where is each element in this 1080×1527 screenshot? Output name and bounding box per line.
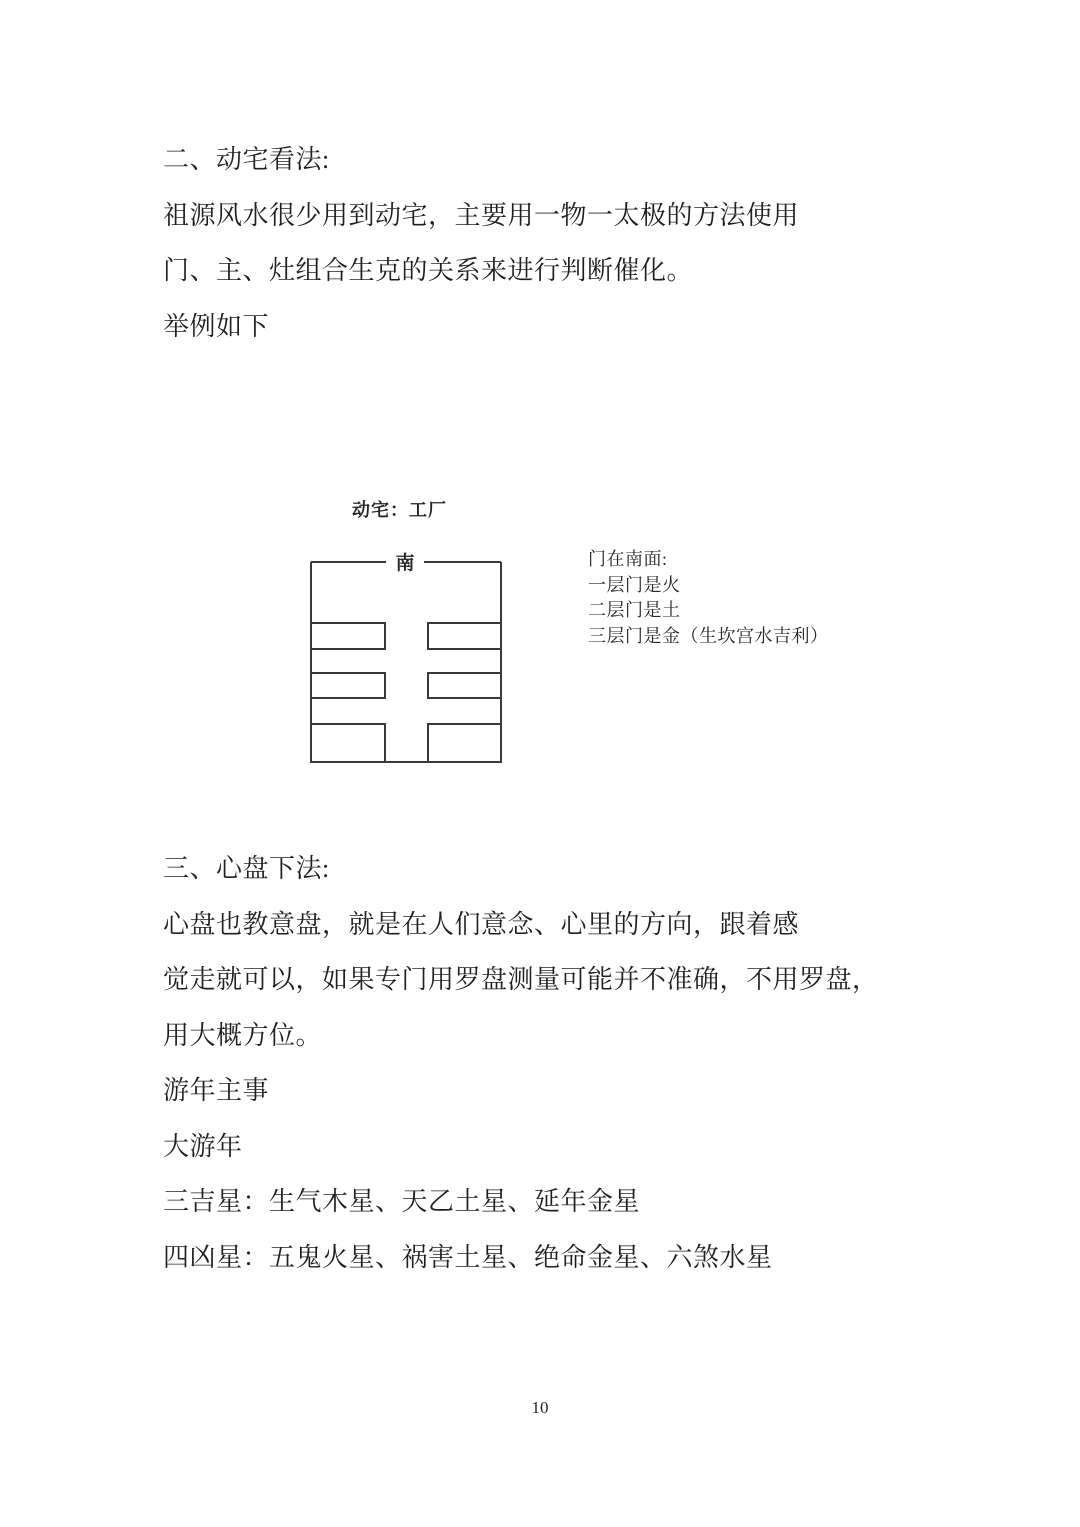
annotation-line: 门在南面: <box>588 547 829 573</box>
annotation-line: 三层门是金（生坎宫水吉利） <box>588 624 829 650</box>
room-rect <box>311 673 385 698</box>
section-2: 二、动宅看法: 祖源风水很少用到动宅，主要用一物一太极的方法使用 门、主、灶组合… <box>163 132 799 354</box>
section-3: 三、心盘下法: 心盘也教意盘，就是在人们意念、心里的方向，跟着感 觉走就可以，如… <box>163 841 879 1285</box>
text-line: 觉走就可以，如果专门用罗盘测量可能并不准确，不用罗盘， <box>163 952 879 1008</box>
text-line: 三吉星：生气木星、天乙土星、延年金星 <box>163 1174 879 1230</box>
room-rect <box>428 623 501 649</box>
annotation-line: 一层门是火 <box>588 573 829 599</box>
text-line: 举例如下 <box>163 299 799 355</box>
text-line: 心盘也教意盘，就是在人们意念、心里的方向，跟着感 <box>163 897 879 953</box>
text-line: 门、主、灶组合生克的关系来进行判断催化。 <box>163 243 799 299</box>
room-rect <box>311 724 385 762</box>
diagram-annotation: 门在南面: 一层门是火 二层门是土 三层门是金（生坎宫水吉利） <box>588 547 829 649</box>
room-rect <box>311 623 385 649</box>
text-line: 用大概方位。 <box>163 1008 879 1064</box>
section-2-heading: 二、动宅看法: <box>163 132 799 188</box>
section-3-heading: 三、心盘下法: <box>163 841 879 897</box>
text-line: 祖源风水很少用到动宅，主要用一物一太极的方法使用 <box>163 188 799 244</box>
text-line: 四凶星：五鬼火星、祸害土星、绝命金星、六煞水星 <box>163 1230 879 1286</box>
room-rect <box>428 724 501 762</box>
document-page: 二、动宅看法: 祖源风水很少用到动宅，主要用一物一太极的方法使用 门、主、灶组合… <box>0 0 1080 1527</box>
annotation-line: 二层门是土 <box>588 598 829 624</box>
text-line: 大游年 <box>163 1119 879 1175</box>
diagram-title: 动宅：工厂 <box>352 497 447 523</box>
page-number: 10 <box>0 1398 1080 1418</box>
text-line: 游年主事 <box>163 1063 879 1119</box>
south-direction-label: 南 <box>395 552 414 574</box>
floor-plan-diagram: 南 <box>300 548 512 774</box>
room-rect <box>428 673 501 698</box>
